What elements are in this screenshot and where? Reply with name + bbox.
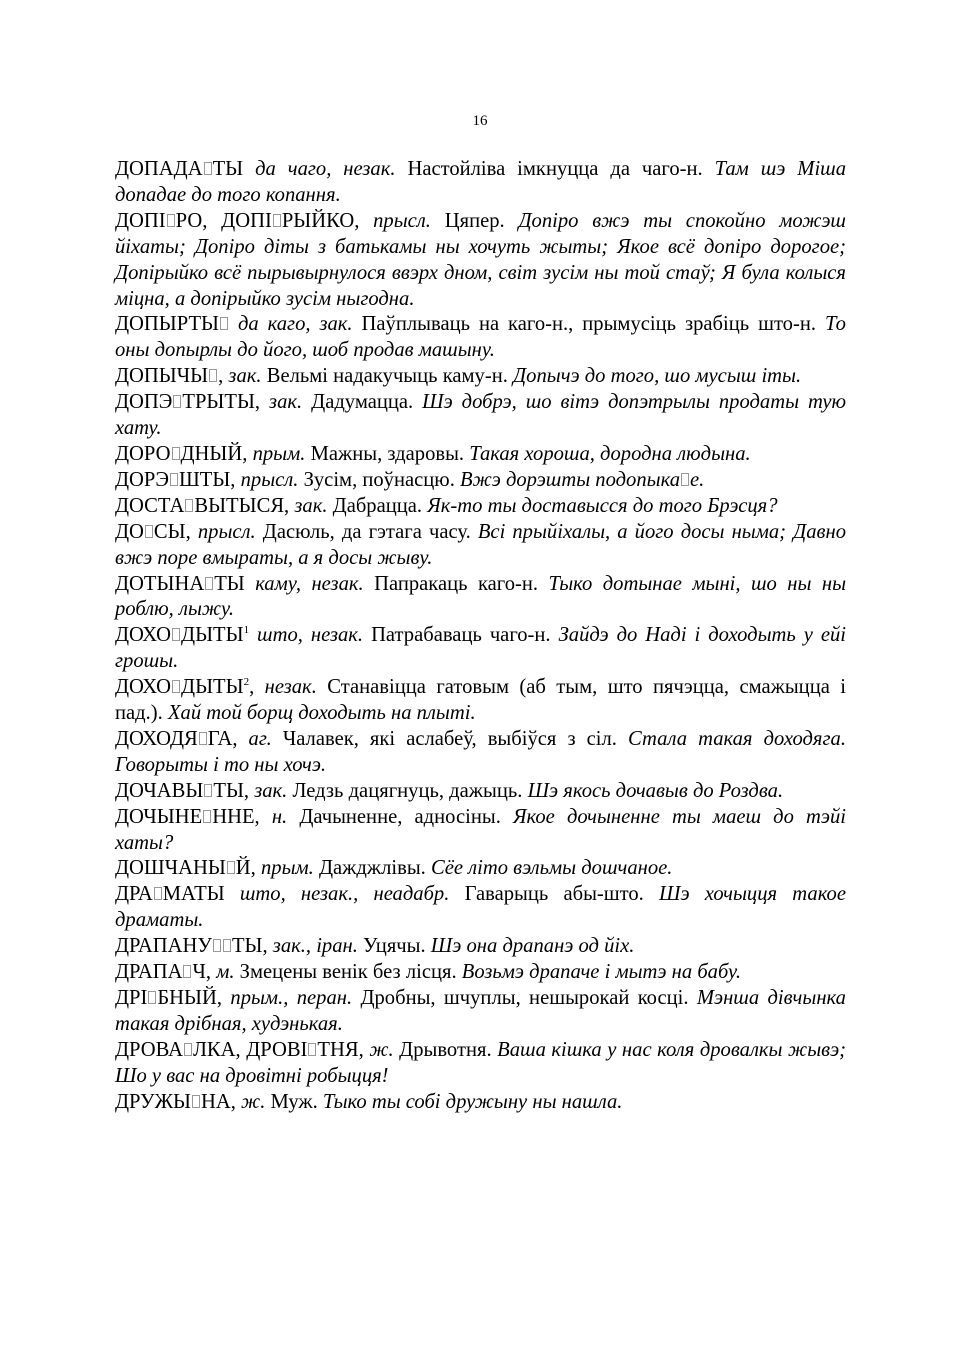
missing-glyph-icon <box>209 369 217 382</box>
grammar-note: незак. <box>265 676 317 698</box>
headword: ДОЧАВЫТЫ, <box>115 780 249 802</box>
grammar-note: што, незак., неадабр. <box>240 883 450 905</box>
definition: Мажны, здаровы. <box>311 443 465 465</box>
grammar-note: зак., іран. <box>273 935 358 957</box>
definition: Дробны, шчуплы, нешырокай косці. <box>360 987 688 1009</box>
page-number: 16 <box>0 113 960 130</box>
definition: Змецены венік без лісця. <box>240 961 457 983</box>
definition: Дажджлівы. <box>319 857 426 879</box>
missing-glyph-icon <box>183 965 191 978</box>
dictionary-entry: ДРОВАЛКА, ДРОВІТНЯ, ж. Дрывотня. Ваша кі… <box>115 1038 846 1090</box>
headword: ДОПЭТРЫТЫ, <box>115 391 260 413</box>
grammar-note: зак. <box>269 391 302 413</box>
grammar-note: прысл. <box>198 521 256 543</box>
grammar-note: ж. <box>369 1039 393 1061</box>
dictionary-entry: ДРІБНЫЙ, прым., перан. Дробны, шчуплы, н… <box>115 986 846 1038</box>
usage-example: Шэ она драпанэ од йіх. <box>431 935 635 957</box>
dictionary-entry: ДОПАДАТЫ да чаго, незак. Настойліва імкн… <box>115 157 846 209</box>
dictionary-entry: ДРУЖЫНА, ж. Муж. Тыко ты собі дружыну ны… <box>115 1090 846 1116</box>
definition: Гаварыць абы-што. <box>465 883 644 905</box>
headword: ДОТЫНАТЫ <box>115 573 245 595</box>
grammar-note: зак. <box>254 780 287 802</box>
missing-glyph-icon <box>308 1043 316 1056</box>
headword: ДРАПАЧ, <box>115 961 211 983</box>
dictionary-entry: ДРАПАЧ, м. Змецены венік без лісця. Возь… <box>115 960 846 986</box>
dictionary-entry: ДОЧАВЫТЫ, зак. Ледзь дацягнуць, дажыць. … <box>115 779 846 805</box>
definition: Ледзь дацягнуць, дажыць. <box>292 780 522 802</box>
grammar-note: зак. <box>294 495 327 517</box>
headword: ДОПАДАТЫ <box>115 158 243 180</box>
definition: Уцячы. <box>363 935 426 957</box>
headword: ДОХОДЯГА, <box>115 728 237 750</box>
dictionary-entry: ДОШЧАНЫЙ, прым. Дажджлівы. Сёе літо вэль… <box>115 856 846 882</box>
usage-example: Сёе літо вэльмы дошчаное. <box>431 857 672 879</box>
headword: ДОХОДЫТЫ <box>115 624 244 646</box>
dictionary-entry: ДОХОДЫТЫ2, незак. Станавіцца гатовым (аб… <box>115 675 846 727</box>
grammar-note: прысл. <box>241 469 299 491</box>
dictionary-entry: ДОТЫНАТЫ каму, незак. Папракаць каго-н. … <box>115 572 846 624</box>
missing-glyph-icon <box>167 214 175 227</box>
dictionary-entry: ДОПЫРТЫ да каго, зак. Паўплываць на каго… <box>115 312 846 364</box>
headword: ДОРЭШТЫ, <box>115 469 235 491</box>
headword: ДОРОДНЫЙ, <box>115 443 247 465</box>
headword: ДОПЫРТЫ <box>115 313 229 335</box>
usage-example: Допычэ до того, шо мусыш іты. <box>513 365 801 387</box>
missing-glyph-icon <box>203 810 211 823</box>
missing-glyph-icon <box>154 887 162 900</box>
headword: ДРАМАТЫ <box>115 883 225 905</box>
grammar-note: прым. <box>261 857 314 879</box>
homonym-index: 2 <box>244 676 250 688</box>
headword: ДОСТАВЫТЫСЯ, <box>115 495 289 517</box>
definition: Настойліва імкнуцца да чаго-н. <box>407 158 702 180</box>
usage-example: Возьмэ драпаче і мытэ на бабу. <box>462 961 741 983</box>
definition: Дабрацца. <box>333 495 422 517</box>
definition: Вельмі надакучыць каму-н. <box>267 365 508 387</box>
definition: Чалавек, які аслабеў, выбіўся з сіл. <box>283 728 617 750</box>
grammar-note: каму, незак. <box>255 573 363 595</box>
dictionary-entry: ДОЧЫНЕННЕ, н. Дачыненне, адносіны. Якое … <box>115 805 846 857</box>
headword: ДОЧЫНЕННЕ, <box>115 806 260 828</box>
usage-example: Такая хороша, дородна людына. <box>469 443 750 465</box>
missing-glyph-icon <box>681 473 689 486</box>
headword: ДРОВАЛКА, ДРОВІТНЯ, <box>115 1039 364 1061</box>
headword: ДОПІРО, ДОПІРЫЙКО, <box>115 210 359 232</box>
missing-glyph-icon <box>148 991 156 1004</box>
missing-glyph-icon <box>220 317 228 330</box>
missing-glyph-icon <box>172 447 180 460</box>
dictionary-entry: ДОХОДЯГА, аг. Чалавек, які аслабеў, выбі… <box>115 727 846 779</box>
usage-example: Шэ якось дочавыв до Роздва. <box>528 780 784 802</box>
missing-glyph-icon <box>173 395 181 408</box>
missing-glyph-icon <box>227 861 235 874</box>
headword: ДРІБНЫЙ, <box>115 987 222 1009</box>
headword: ДОШЧАНЫЙ, <box>115 857 256 879</box>
missing-glyph-icon <box>172 628 180 641</box>
headword: ДОХОДЫТЫ <box>115 676 244 698</box>
definition: Патрабаваць чаго-н. <box>371 624 551 646</box>
definition: Дрывотня. <box>399 1039 491 1061</box>
missing-glyph-icon <box>192 1095 200 1108</box>
homonym-index: 1 <box>244 624 250 636</box>
dictionary-entry: ДОРЭШТЫ, прысл. Зусім, поўнасцю. Вжэ дор… <box>115 468 846 494</box>
grammar-note: м. <box>216 961 234 983</box>
dictionary-entry: ДОРОДНЫЙ, прым. Мажны, здаровы. Такая хо… <box>115 442 846 468</box>
grammar-note: да чаго, незак. <box>255 158 395 180</box>
grammar-note: прысл. <box>373 210 431 232</box>
definition: Дачыненне, адносіны. <box>299 806 501 828</box>
definition: Зусім, поўнасцю. <box>304 469 455 491</box>
missing-glyph-icon <box>213 939 221 952</box>
definition: Муж. <box>271 1091 318 1113</box>
dictionary-entry: ДОХОДЫТЫ1 што, незак. Патрабаваць чаго-н… <box>115 623 846 675</box>
dictionary-entry: ДОПЫЧЫ, зак. Вельмі надакучыць каму-н. Д… <box>115 364 846 390</box>
dictionary-entry: ДОСТАВЫТЫСЯ, зак. Дабрацца. Як-то ты дос… <box>115 494 846 520</box>
grammar-note: прым. <box>253 443 306 465</box>
grammar-note: аг. <box>249 728 272 750</box>
usage-example: Тыко ты собі дружыну ны нашла. <box>323 1091 623 1113</box>
grammar-note: н. <box>272 806 287 828</box>
usage-example: Як-то ты доставысся до того Брэсця? <box>427 495 777 517</box>
headword: ДОСЫ, <box>115 521 191 543</box>
headword: ДРАПАНУТЫ, <box>115 935 268 957</box>
headword: ДРУЖЫНА, <box>115 1091 236 1113</box>
grammar-note: ж. <box>241 1091 265 1113</box>
definition: Папракаць каго-н. <box>374 573 538 595</box>
missing-glyph-icon <box>170 473 178 486</box>
missing-glyph-icon <box>184 1043 192 1056</box>
dictionary-entry: ДОПІРО, ДОПІРЫЙКО, прысл. Цяпер. Допіро … <box>115 209 846 313</box>
missing-glyph-icon <box>205 577 213 590</box>
missing-glyph-icon <box>199 732 207 745</box>
usage-example: Хай той борщ доходыть на плыті. <box>168 702 476 724</box>
dictionary-entry: ДРАПАНУТЫ, зак., іран. Уцячы. Шэ она дра… <box>115 934 846 960</box>
missing-glyph-icon <box>273 214 281 227</box>
definition: Цяпер. <box>445 210 505 232</box>
grammar-note: што, незак. <box>257 624 363 646</box>
usage-example: Вжэ дорэшты подопыкае. <box>460 469 704 491</box>
headword: ДОПЫЧЫ, <box>115 365 223 387</box>
grammar-note: зак. <box>228 365 261 387</box>
definition: Паўплываць на каго-н., прымусіць зрабіць… <box>362 313 816 335</box>
dictionary-entry: ДОПЭТРЫТЫ, зак. Дадумацца. Шэ добрэ, шо … <box>115 390 846 442</box>
grammar-note: прым., перан. <box>230 987 352 1009</box>
definition: Дасюль, да гэтага часу. <box>263 521 471 543</box>
missing-glyph-icon <box>172 680 180 693</box>
missing-glyph-icon <box>145 525 153 538</box>
dictionary-entry: ДОСЫ, прысл. Дасюль, да гэтага часу. Всі… <box>115 520 846 572</box>
grammar-note: да каго, зак. <box>238 313 353 335</box>
missing-glyph-icon <box>223 939 231 952</box>
dictionary-entries: ДОПАДАТЫ да чаго, незак. Настойліва імкн… <box>115 157 846 1116</box>
definition: Дадумацца. <box>311 391 413 413</box>
dictionary-entry: ДРАМАТЫ што, незак., неадабр. Гаварыць а… <box>115 882 846 934</box>
missing-glyph-icon <box>204 162 212 175</box>
missing-glyph-icon <box>204 784 212 797</box>
missing-glyph-icon <box>185 499 193 512</box>
